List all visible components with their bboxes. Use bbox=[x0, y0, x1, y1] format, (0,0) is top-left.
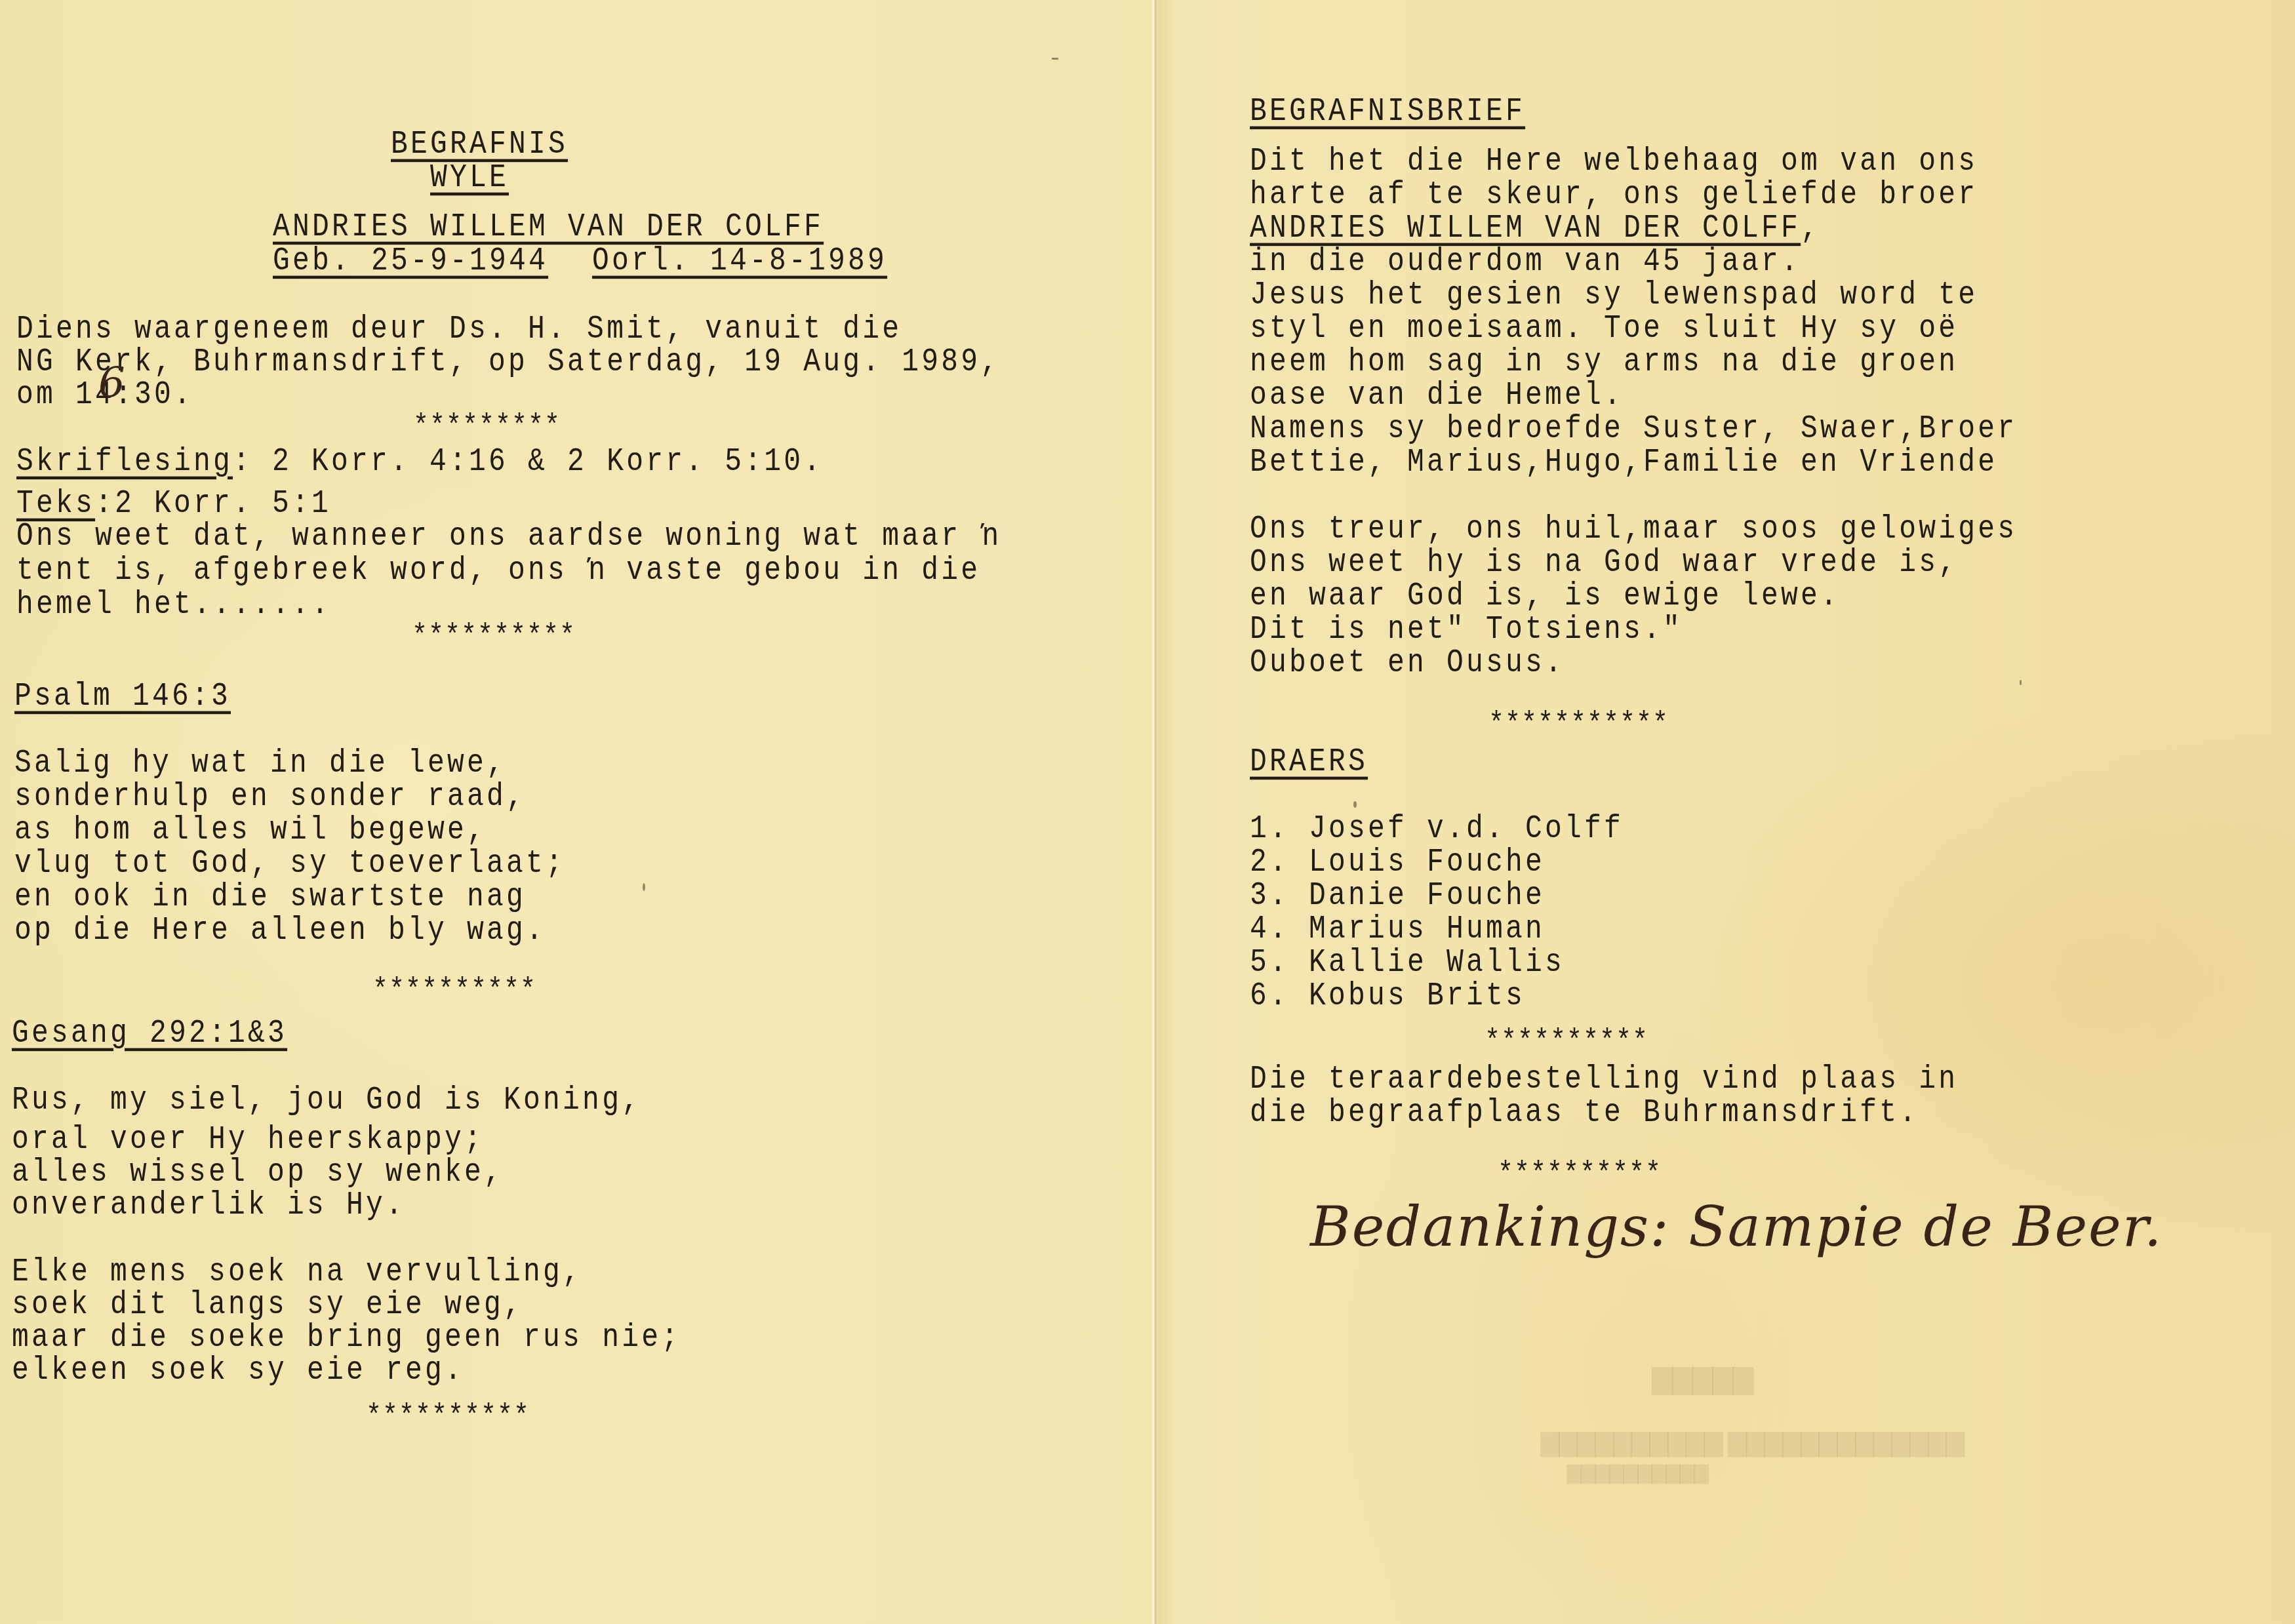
deceased-name: ANDRIES WILLEM VAN DER COLFF bbox=[273, 208, 824, 247]
closing-line: en waar God is, is ewige lewe. bbox=[1250, 578, 1840, 616]
psalm-heading: Psalm 146:3 bbox=[14, 678, 231, 716]
sermon-text-reference: Teks:2 Korr. 5:1 bbox=[16, 485, 331, 523]
sermon-text-line: tent is, afgebreek word, ons ŉ vaste geb… bbox=[16, 552, 980, 590]
psalm-line: as hom alles wil begewe, bbox=[14, 812, 487, 850]
handwritten-acknowledgement: Bedankings: Sampie de Beer. bbox=[1310, 1195, 2163, 1259]
pallbearer-item: 5. Kallie Wallis bbox=[1250, 944, 1565, 982]
letter-line: styl en moeisaam. Toe sluit Hy sy oë bbox=[1250, 310, 1958, 348]
pallbearer-item: 3. Danie Fouche bbox=[1250, 877, 1545, 915]
burial-line: Die teraardebestelling vind plaas in bbox=[1250, 1061, 1958, 1099]
hymn-line: alles wissel op sy wenke, bbox=[12, 1154, 504, 1192]
program-subtitle: WYLE bbox=[430, 159, 509, 197]
closing-signoff: Ouboet en Ousus. bbox=[1250, 644, 1565, 683]
letter-line: Jesus het gesien sy lewenspad word te bbox=[1250, 277, 1978, 315]
scripture-reading-label: Skriflesing bbox=[16, 443, 233, 480]
hymn-line: elkeen soek sy eie reg. bbox=[12, 1352, 464, 1390]
burial-line: die begraafplaas te Buhrmansdrift. bbox=[1250, 1094, 1919, 1132]
psalm-line: en ook in die swartste nag bbox=[14, 879, 526, 917]
closing-line: Ons treur, ons huil,maar soos gelowiges bbox=[1250, 511, 2017, 549]
death-date: Oorl. 14-8-1989 bbox=[592, 243, 887, 281]
letter-deceased-name-line: ANDRIES WILLEM VAN DER COLFF, bbox=[1250, 210, 1820, 248]
center-fold-crease bbox=[1151, 0, 1158, 1624]
hymn-line: soek dit langs sy eie weg, bbox=[12, 1286, 523, 1324]
service-line: Diens waargeneem deur Ds. H. Smit, vanui… bbox=[16, 311, 902, 349]
hymn-line: onveranderlik is Hy. bbox=[12, 1187, 405, 1225]
hymn-line: Elke mens soek na vervulling, bbox=[12, 1254, 582, 1292]
sermon-text-label: Teks bbox=[16, 485, 95, 522]
hymn-line: maar die soeke bring geen rus nie; bbox=[12, 1319, 681, 1357]
psalm-line: op die Here alleen bly wag. bbox=[14, 912, 546, 950]
right-page: BEGRAFNISBRIEF Dit het die Here welbehaa… bbox=[1158, 0, 2295, 1624]
section-separator: ********** bbox=[412, 619, 576, 657]
handwritten-time-correction: 6 bbox=[98, 359, 125, 408]
letter-line: neem hom sag in sy arms na die groen bbox=[1250, 344, 1958, 382]
letter-line: in die ouderdom van 45 jaar. bbox=[1250, 243, 1801, 281]
section-separator: ********** bbox=[372, 973, 536, 1011]
hymn-line: Rus, my siel, jou God is Koning, bbox=[12, 1082, 641, 1120]
pallbearer-item: 6. Kobus Brits bbox=[1250, 978, 1525, 1016]
sermon-text-value: :2 Korr. 5:1 bbox=[95, 485, 331, 522]
letter-line: Namens sy bedroefde Suster, Swaer,Broer bbox=[1250, 410, 2017, 448]
closing-line: Dit is net" Totsiens." bbox=[1250, 611, 1683, 649]
pallbearer-item: 4. Marius Human bbox=[1250, 911, 1545, 949]
psalm-line: vlug tot God, sy toeverlaat; bbox=[14, 845, 565, 883]
hymn-line: oral voer Hy heerskappy; bbox=[12, 1121, 484, 1159]
pallbearers-heading: DRAERS bbox=[1250, 743, 1368, 782]
left-page: BEGRAFNIS WYLE ANDRIES WILLEM VAN DER CO… bbox=[0, 0, 1151, 1624]
letter-heading: BEGRAFNISBRIEF bbox=[1250, 93, 1525, 131]
sermon-text-line: hemel het....... bbox=[16, 586, 331, 624]
letter-line: Dit het die Here welbehaag om van ons bbox=[1250, 143, 1978, 181]
letter-line: Bettie, Marius,Hugo,Familie en Vriende bbox=[1250, 444, 1997, 482]
hymn-heading: Gesang 292:1&3 bbox=[12, 1015, 287, 1053]
section-separator: ********** bbox=[366, 1399, 530, 1437]
program-title: BEGRAFNIS bbox=[391, 126, 568, 164]
closing-line: Ons weet hy is na God waar vrede is, bbox=[1250, 544, 1958, 582]
section-separator: ********** bbox=[1485, 1024, 1648, 1062]
section-separator: ********* bbox=[413, 409, 561, 447]
funeral-program-spread: ▇▇▇▇▇ ▇▇▇▇▇▇▇▇▇▇ ▇▇▇▇▇▇▇▇▇▇▇▇▇ ▇▇▇▇▇▇▇▇▇… bbox=[0, 0, 2295, 1624]
section-separator: *********** bbox=[1488, 707, 1669, 745]
scripture-reading-value: : 2 Korr. 4:16 & 2 Korr. 5:10. bbox=[233, 443, 823, 480]
section-separator: ********** bbox=[1498, 1157, 1662, 1195]
sermon-text-line: Ons weet dat, wanneer ons aardse woning … bbox=[16, 518, 1000, 556]
psalm-line: Salig hy wat in die lewe, bbox=[14, 745, 506, 783]
pallbearer-item: 2. Louis Fouche bbox=[1250, 844, 1545, 882]
pallbearer-item: 1. Josef v.d. Colff bbox=[1250, 810, 1624, 848]
letter-line: harte af te skeur, ons geliefde broer bbox=[1250, 176, 1978, 214]
psalm-line: sonderhulp en sonder raad, bbox=[14, 778, 526, 816]
scripture-reading: Skriflesing: 2 Korr. 4:16 & 2 Korr. 5:10… bbox=[16, 443, 823, 481]
letter-line: oase van die Hemel. bbox=[1250, 377, 1624, 415]
letter-deceased-name: ANDRIES WILLEM VAN DER COLFF bbox=[1250, 210, 1801, 247]
service-line: NG Kerk, Buhrmansdrift, op Saterdag, 19 … bbox=[16, 344, 1000, 382]
birth-date: Geb. 25-9-1944 bbox=[273, 243, 548, 281]
